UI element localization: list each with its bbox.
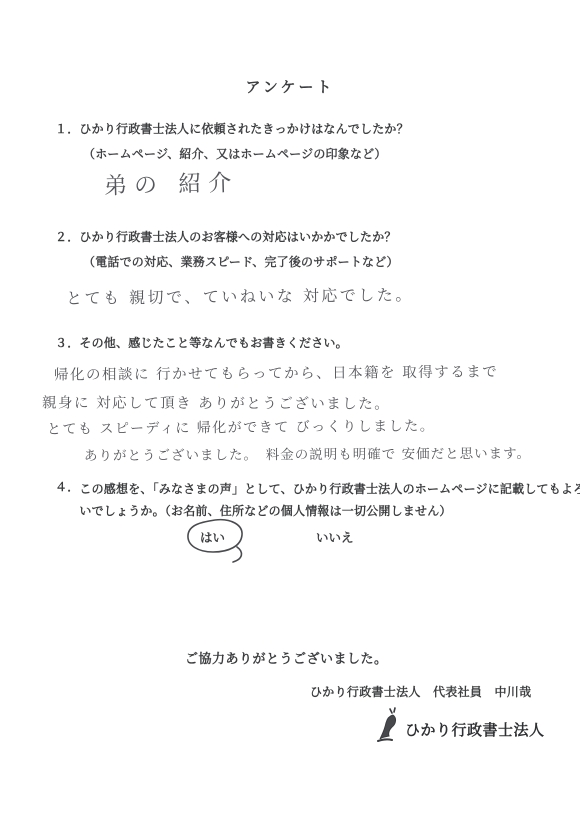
handwritten-answer-3-line-2: 親身に 対応して頂き ありがとうございました。 [42,391,390,413]
handwritten-answer-3-line-1: 帰化の相談に 行かせてもらってから、日本籍を 取得するまで [54,360,498,384]
handwritten-answer-3-line-3: とても スピーディに 帰化ができて びっくりしました。 [47,415,435,438]
question-1: １．ひかり行政書士法人に依頼されたきっかけはなんでしたか？ （ホームページ、紹介… [55,120,409,162]
question-1-number: １． [55,122,79,136]
handwritten-answer-2: とても 親切で、ていねいな 対応でした。 [66,282,414,309]
logo-text: ひかり行政書士法人 [405,719,545,744]
question-4-text-line-2: いでしょうか。（お名前、住所などの個人情報は一切公開しません） [79,500,580,522]
question-3-text: その他、感じたこと等なんでもお書きください。 [79,336,347,350]
question-4-number: ４． [55,478,79,522]
question-3: ３．その他、感じたこと等なんでもお書きください。 [55,334,348,351]
question-2-number: ２． [55,230,79,244]
question-1-text: ひかり行政書士法人に依頼されたきっかけはなんでしたか？ [79,122,408,136]
survey-title: アンケート [0,76,580,97]
option-no: いいえ [316,528,354,546]
question-4-text-line-1: この感想を、「みなさまの声」として、ひかり行政書士法人のホームページに記載しても… [79,478,580,500]
company-logo: ひかり行政書士法人 [376,706,545,744]
question-2-text: ひかり行政書士法人のお客様への対応はいかかでしたか？ [79,230,396,244]
hikari-mascot-icon [376,706,402,744]
question-1-hint: （ホームページ、紹介、又はホームページの印象など） [83,145,409,162]
handwritten-answer-3-line-4: ありがとうございました。 料金の説明も明確で 安価だと思います。 [84,442,531,464]
scanned-survey-page: アンケート １．ひかり行政書士法人に依頼されたきっかけはなんでしたか？ （ホーム… [0,0,580,820]
question-4: ４． この感想を、「みなさまの声」として、ひかり行政書士法人のホームページに記載… [55,478,555,522]
option-yes: はい [200,528,225,546]
signature-line: ひかり行政書士法人 代表社員 中川哉 [310,683,531,700]
handwritten-answer-1: 弟の 紹介 [104,164,239,201]
thanks-note: ご協力ありがとうございました。 [185,648,388,667]
question-2: ２．ひかり行政書士法人のお客様への対応はいかかでしたか？ （電話での対応、業務ス… [55,228,399,270]
question-2-hint: （電話での対応、業務スピード、完了後のサポートなど） [83,253,399,270]
question-3-number: ３． [55,336,79,350]
